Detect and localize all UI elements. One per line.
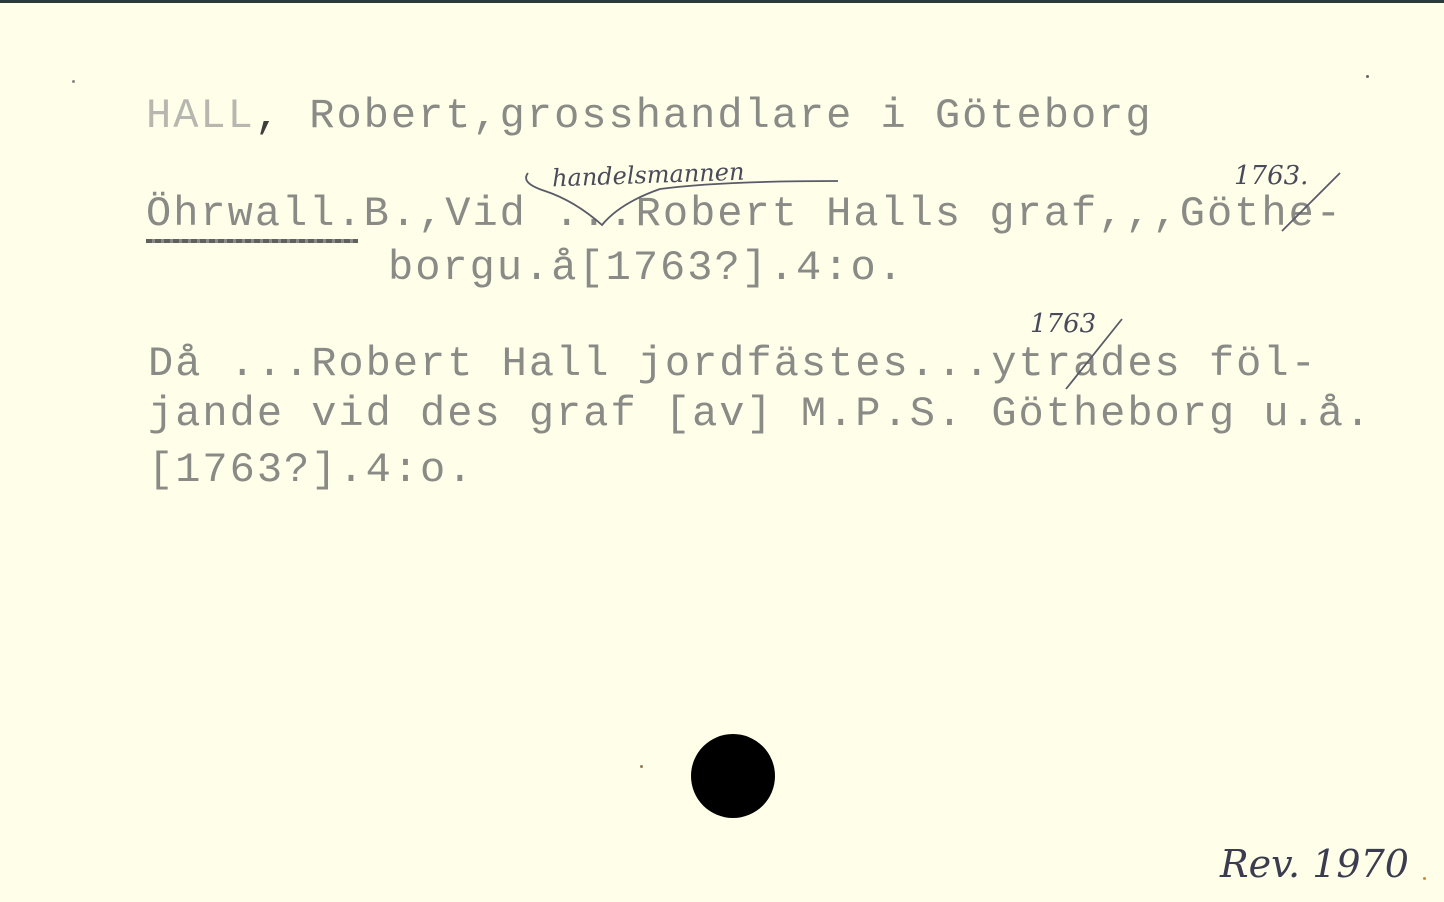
paper-speck [72, 80, 75, 83]
entry1-line1-rest: .B.,Vid ...Robert Halls graf,,,Göthe- [336, 190, 1343, 238]
catalog-card: HALL, Robert,grosshandlare i Göteborg Öh… [0, 0, 1444, 902]
heading-surname: HALL [146, 92, 255, 140]
card-heading: HALL, Robert,grosshandlare i Göteborg [146, 95, 1153, 137]
entry1-date-annotation: 1763. [1234, 163, 1308, 189]
entry2-line2: jande vid des graf [av] M.P.S. Götheborg… [148, 393, 1372, 435]
entry2-date-annotation: 1763 [1030, 311, 1096, 337]
punch-hole [691, 734, 775, 818]
paper-speck [640, 765, 643, 768]
entry2-line1: Då ...Robert Hall jordfästes...ytrades f… [148, 343, 1318, 385]
paper-speck [1423, 877, 1426, 880]
paper-speck [1366, 75, 1369, 78]
entry1-line2: borgu.å[1763?].4:o. [388, 247, 905, 289]
entry2-line3: [1763?].4:o. [148, 449, 474, 491]
author-underline [146, 239, 358, 243]
entry1-line1: Öhrwall.B.,Vid ...Robert Halls graf,,,Gö… [146, 193, 1343, 235]
entry1-author: Öhrwall [146, 190, 336, 238]
entry1-insert-annotation: handelsmannen [552, 160, 745, 191]
revision-note: Rev. 1970 [1220, 845, 1409, 883]
heading-rest: Robert,grosshandlare i Göteborg [282, 92, 1153, 140]
heading-comma: , [255, 92, 282, 140]
